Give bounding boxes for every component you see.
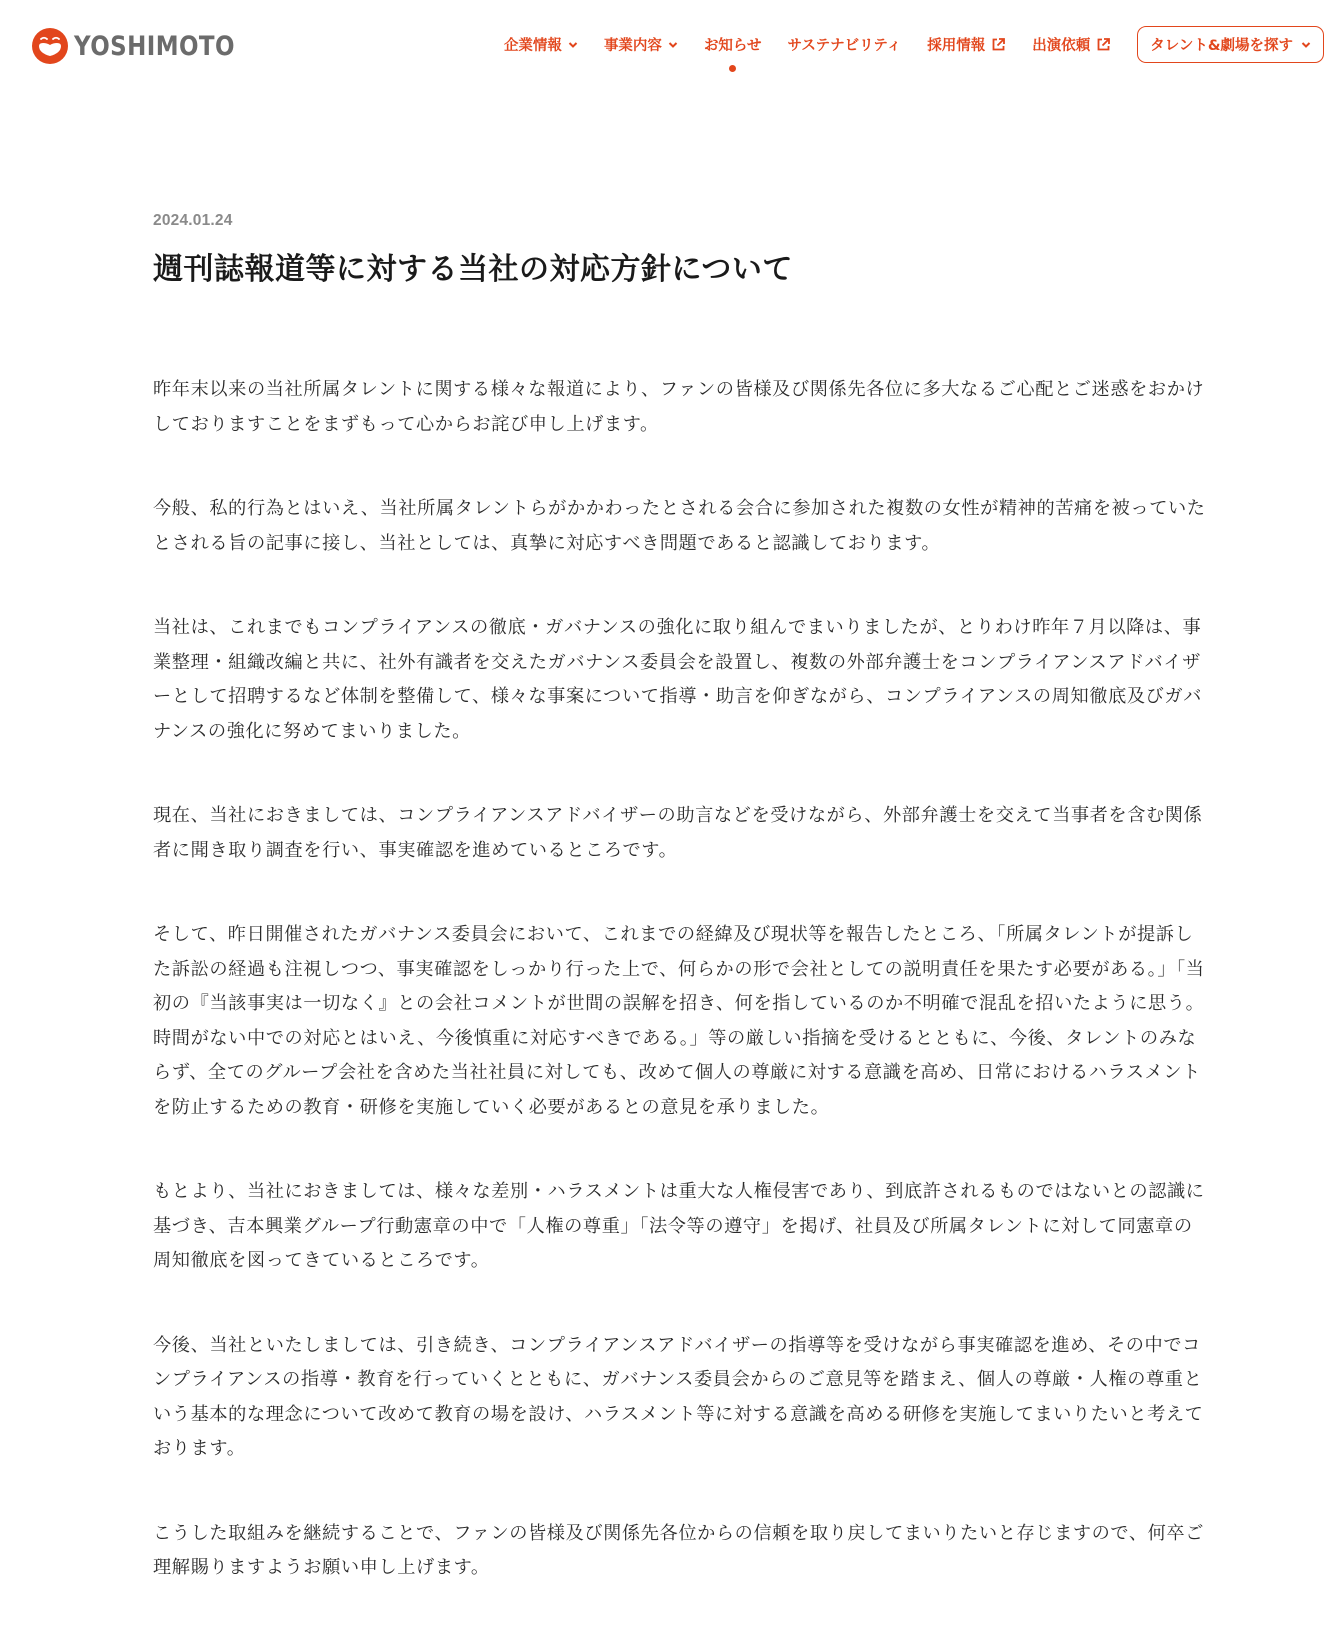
article-paragraph: 昨年末以来の当社所属タレントに関する様々な報道により、ファンの皆様及び関係先各位… [153,373,1209,442]
news-article: 2024.01.24 週刊誌報道等に対する当社の対応方針について 昨年末以来の当… [153,212,1209,1636]
article-body: 昨年末以来の当社所属タレントに関する様々な報道により、ファンの皆様及び関係先各位… [153,373,1209,1586]
nav-item-news[interactable]: お知らせ [704,27,762,63]
external-link-icon [991,37,1006,52]
nav-item-company-info[interactable]: 企業情報 [504,27,578,63]
article-paragraph: 当社は、これまでもコンプライアンスの徹底・ガバナンスの強化に取り組んでまいりまし… [153,611,1209,749]
article-paragraph: 今般、私的行為とはいえ、当社所属タレントらがかかわったとされる会合に参加された複… [153,492,1209,561]
chevron-down-icon [568,40,578,50]
nav-item-label: お知らせ [704,34,762,55]
article-paragraph: そして、昨日開催されたガバナンス委員会において、これまでの経緯及び現状等を報告し… [153,918,1209,1125]
active-indicator-dot [729,65,736,72]
nav-item-label: 企業情報 [504,34,562,55]
find-talent-theater-label: タレント&劇場を探す [1150,34,1293,55]
nav-item-booking[interactable]: 出演依頼 [1032,27,1111,63]
chevron-down-icon [668,40,678,50]
article-paragraph: 今後、当社といたしましては、引き続き、コンプライアンスアドバイザーの指導等を受け… [153,1329,1209,1467]
nav-item-label: 採用情報 [927,34,985,55]
nav-item-sustainability[interactable]: サステナビリティ [788,27,902,63]
nav-item-label: サステナビリティ [788,34,902,55]
find-talent-theater-button[interactable]: タレント&劇場を探す [1137,26,1324,63]
nav-item-business[interactable]: 事業内容 [604,27,678,63]
nav-item-recruit[interactable]: 採用情報 [927,27,1006,63]
nav-item-label: 事業内容 [604,34,662,55]
article-title: 週刊誌報道等に対する当社の対応方針について [153,250,1209,290]
site-header: YOSHIMOTO 企業情報 事業内容 お知らせ サステナビリティ 採用情報 出… [0,0,1340,95]
article-paragraph: もとより、当社におきましては、様々な差別・ハラスメントは重大な人権侵害であり、到… [153,1175,1209,1279]
logo-link[interactable]: YOSHIMOTO [32,28,263,64]
chevron-down-icon [1301,40,1311,50]
article-paragraph: こうした取組みを継続することで、ファンの皆様及び関係先各位からの信頼を取り戻して… [153,1517,1209,1586]
nav-item-label: 出演依頼 [1032,34,1090,55]
external-link-icon [1096,37,1111,52]
main-nav: 企業情報 事業内容 お知らせ サステナビリティ 採用情報 出演依頼 タレント&劇… [478,26,1324,63]
logo-wordmark: YOSHIMOTO [74,31,235,62]
article-date: 2024.01.24 [153,212,1209,230]
article-paragraph: 現在、当社におきましては、コンプライアンスアドバイザーの助言などを受けながら、外… [153,799,1209,868]
yoshimoto-face-logo-icon [32,28,68,64]
